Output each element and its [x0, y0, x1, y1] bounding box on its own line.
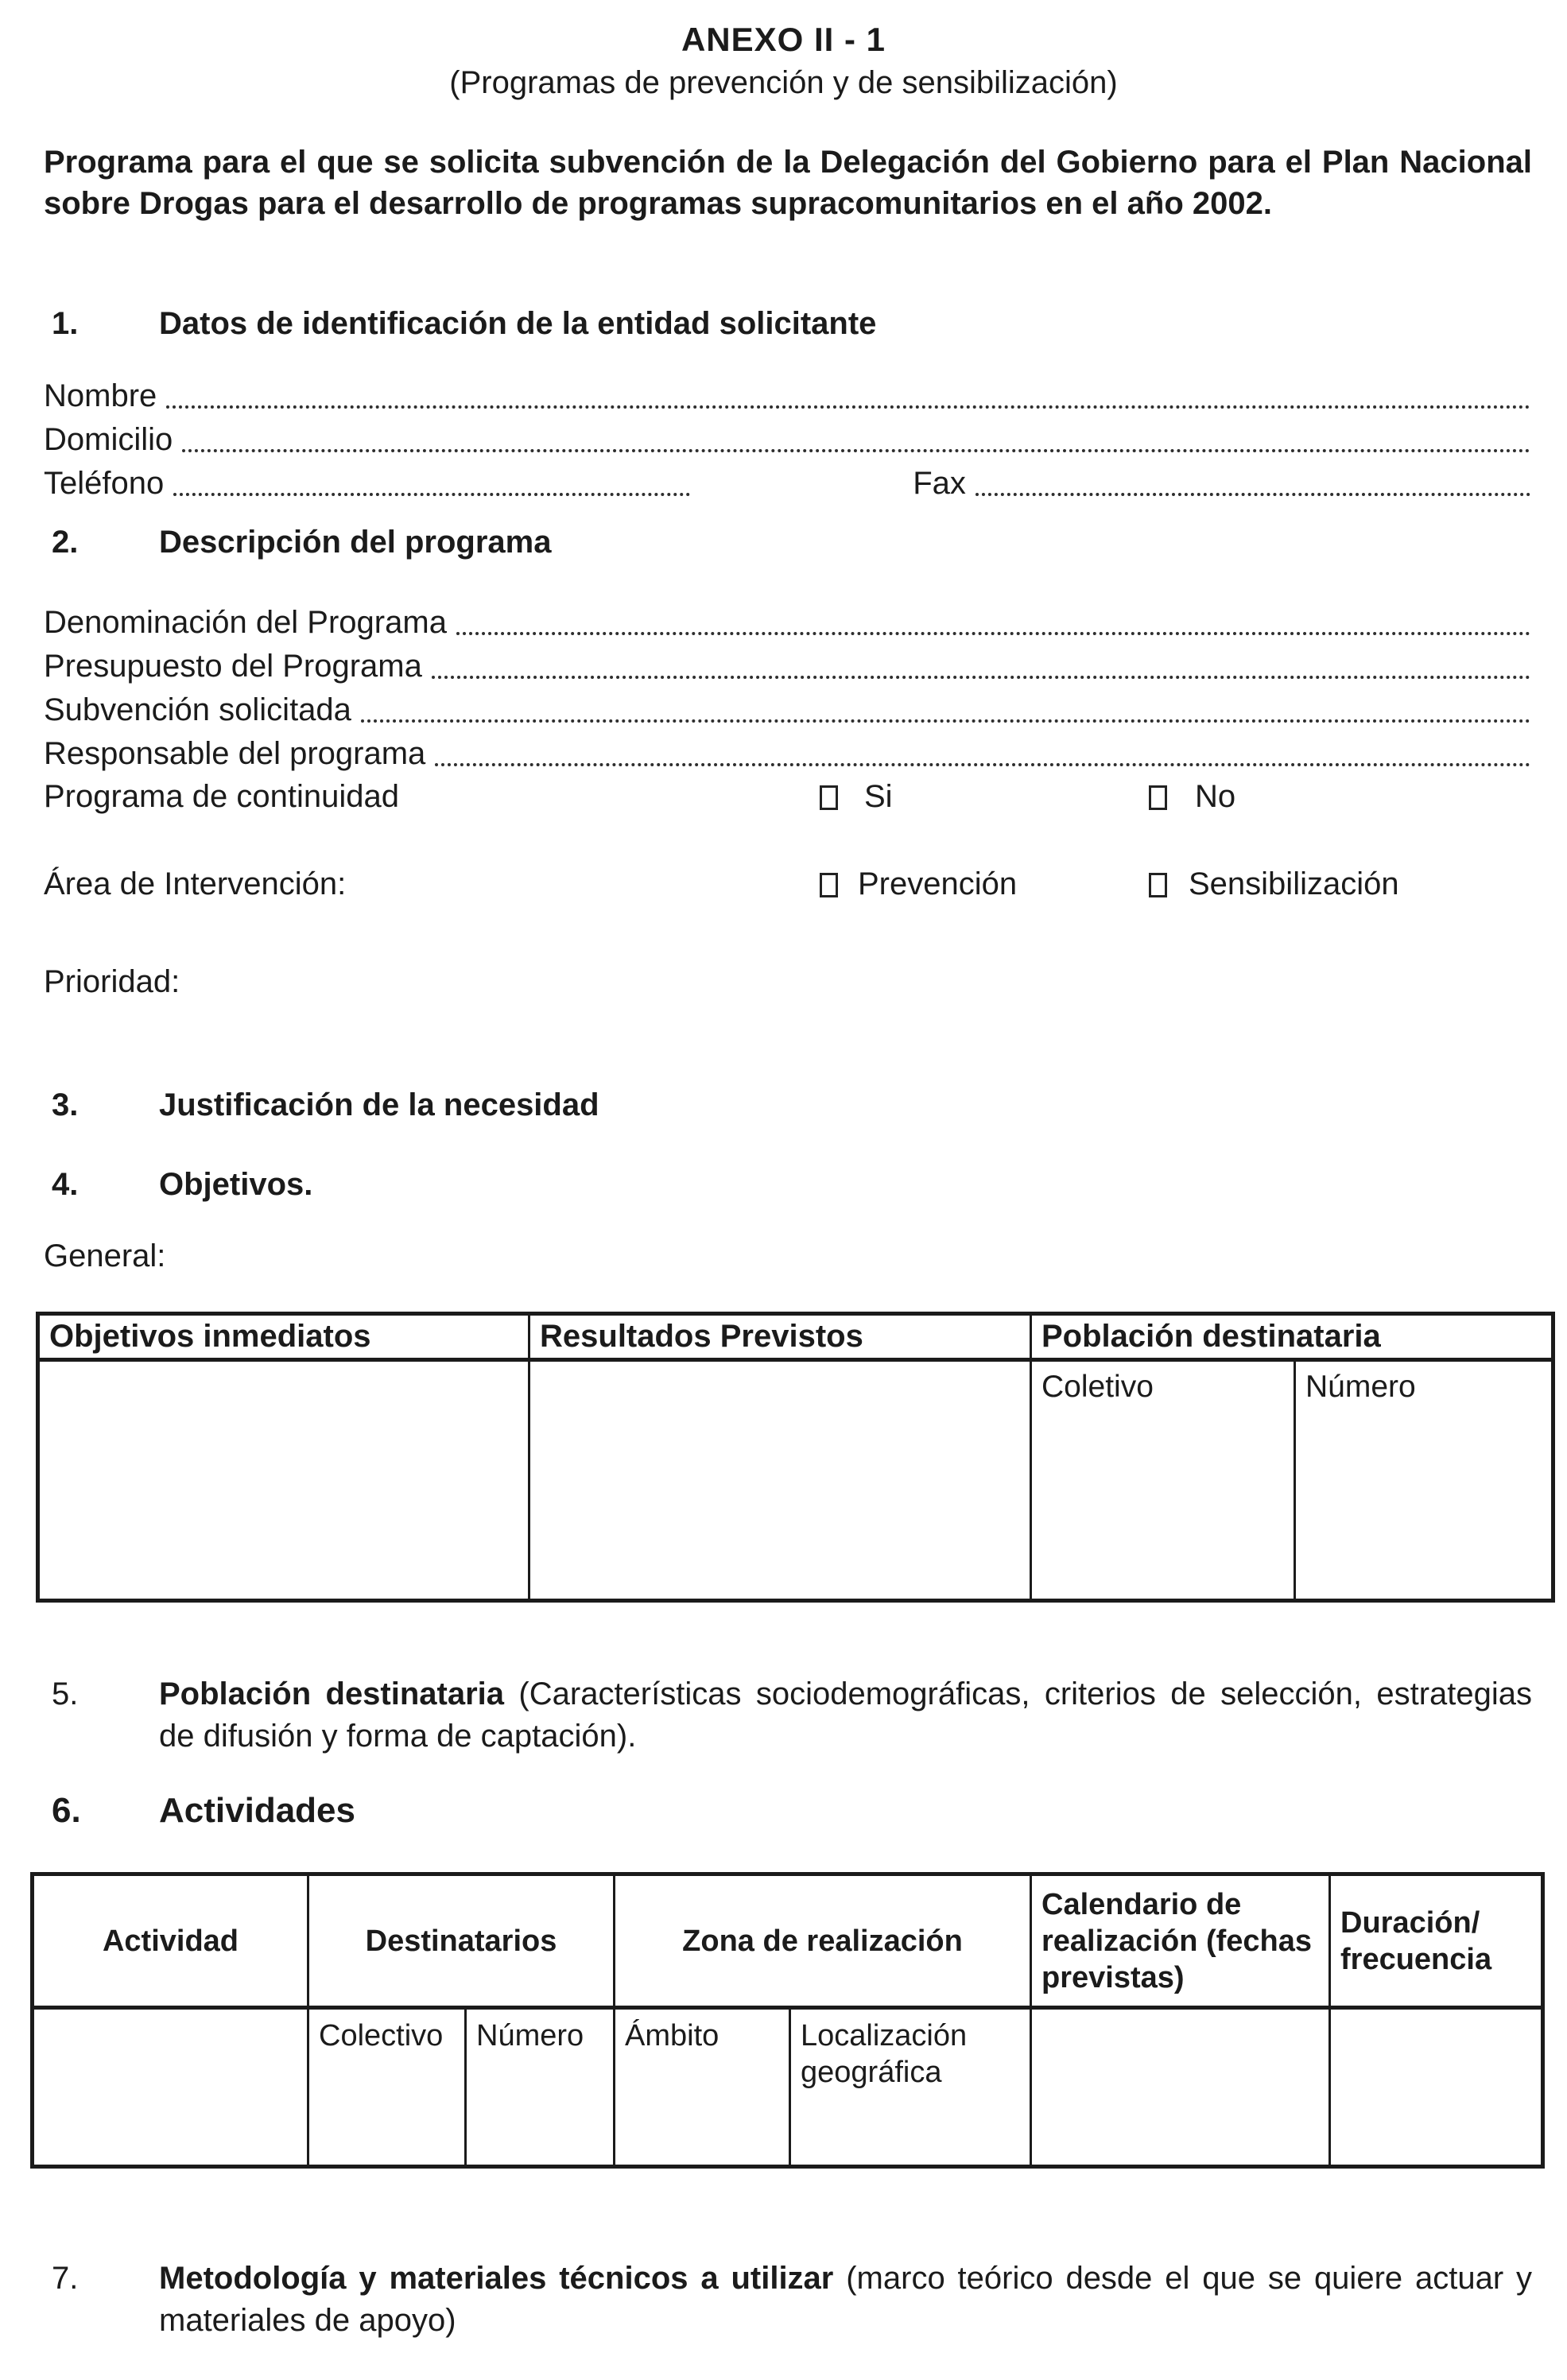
section-7-title: Metodología y materiales técnicos a util…: [159, 2261, 833, 2296]
section-2-heading: 2. Descripción del programa: [52, 525, 551, 560]
denominacion-label: Denominación del Programa: [44, 601, 447, 644]
numero-cell[interactable]: Número: [1295, 1360, 1553, 1601]
resultados-input-cell[interactable]: [529, 1360, 1031, 1601]
section-1-title: Datos de identificación de la entidad so…: [159, 306, 876, 342]
nombre-label: Nombre: [44, 374, 157, 417]
page: { "header": { "title": "ANEXO II - 1", "…: [0, 0, 1567, 2380]
section-4-heading: 4. Objetivos.: [52, 1167, 312, 1203]
section-5-number: 5.: [52, 1673, 159, 1758]
checkbox-si-label: Si: [864, 775, 893, 818]
prioridad-label: Prioridad:: [44, 964, 180, 1000]
calendario-input-cell[interactable]: [1031, 2008, 1330, 2167]
denominacion-fill-line[interactable]: [456, 632, 1530, 635]
domicilio-fill-line[interactable]: [182, 449, 1530, 452]
destinatarios-col-header: Destinatarios: [308, 1874, 615, 2008]
colectivo-cell[interactable]: Colectivo: [308, 2008, 466, 2167]
section-6-number: 6.: [52, 1791, 159, 1831]
checkbox-sensibilizacion-label: Sensibilización: [1189, 862, 1399, 905]
telefono-label: Teléfono: [44, 462, 164, 505]
checkbox-prevencion-label: Prevención: [858, 862, 1017, 905]
section-2-title: Descripción del programa: [159, 525, 551, 560]
intro-paragraph: Programa para el que se solicita subvenc…: [44, 141, 1532, 224]
actividad-input-cell[interactable]: [33, 2008, 308, 2167]
subvencion-fill-line[interactable]: [361, 719, 1530, 723]
objetivos-table: Objetivos inmediatos Resultados Previsto…: [36, 1312, 1555, 1603]
section-4-title: Objetivos.: [159, 1167, 312, 1203]
poblacion-col-header: Población destinataria: [1031, 1314, 1553, 1360]
section-7-heading: 7. Metodología y materiales técnicos a u…: [52, 2258, 1532, 2342]
section-6-heading: 6. Actividades: [52, 1791, 355, 1831]
area-intervencion-row: Área de Intervención: Prevención Sensibi…: [44, 862, 1532, 906]
program-fields: Denominación del Programa Presupuesto de…: [44, 600, 1532, 819]
section-5-heading: 5. Población destinataria (Característic…: [52, 1673, 1532, 1758]
actividad-col-header: Actividad: [33, 1874, 308, 2008]
continuidad-label: Programa de continuidad: [44, 775, 399, 818]
field-row-domicilio: Domicilio: [44, 417, 1532, 461]
checkbox-no[interactable]: [1149, 785, 1167, 810]
field-row-denominacion: Denominación del Programa: [44, 600, 1532, 644]
zona-col-header: Zona de realización: [615, 1874, 1031, 2008]
section-6-title: Actividades: [159, 1791, 355, 1831]
doc-title: ANEXO II - 1: [0, 21, 1567, 59]
fax-fill-line[interactable]: [975, 493, 1530, 496]
section-4-number: 4.: [52, 1167, 159, 1203]
nombre-fill-line[interactable]: [166, 405, 1530, 409]
section-1-heading: 1. Datos de identificación de la entidad…: [52, 306, 876, 342]
section-5-text: Población destinataria (Características …: [159, 1673, 1532, 1758]
domicilio-label: Domicilio: [44, 418, 173, 461]
responsable-label: Responsable del programa: [44, 732, 425, 775]
actividades-header-row: Actividad Destinatarios Zona de realizac…: [33, 1874, 1543, 2008]
field-row-nombre: Nombre: [44, 374, 1532, 417]
general-label: General:: [44, 1238, 165, 1274]
doc-subtitle: (Programas de prevención y de sensibiliz…: [0, 65, 1567, 101]
area-intervencion-label: Área de Intervención:: [44, 862, 346, 905]
presupuesto-fill-line[interactable]: [432, 676, 1530, 679]
localizacion-cell[interactable]: Localización geográfica: [790, 2008, 1031, 2167]
identification-fields: Nombre Domicilio Teléfono Fax: [44, 374, 1532, 505]
telefono-fill-line[interactable]: [173, 493, 690, 496]
field-row-presupuesto: Presupuesto del Programa: [44, 644, 1532, 688]
section-3-heading: 3. Justificación de la necesidad: [52, 1087, 599, 1123]
coletivo-cell[interactable]: Coletivo: [1031, 1360, 1295, 1601]
section-2-number: 2.: [52, 525, 159, 560]
section-7-number: 7.: [52, 2258, 159, 2342]
objetivos-input-cell[interactable]: [38, 1360, 529, 1601]
resultados-col-header: Resultados Previstos: [529, 1314, 1031, 1360]
field-row-telefono-fax: Teléfono Fax: [44, 461, 1532, 505]
ambito-cell[interactable]: Ámbito: [615, 2008, 790, 2167]
duracion-input-cell[interactable]: [1330, 2008, 1543, 2167]
section-3-number: 3.: [52, 1087, 159, 1123]
presupuesto-label: Presupuesto del Programa: [44, 645, 422, 688]
checkbox-si[interactable]: [820, 785, 838, 810]
checkbox-sensibilizacion[interactable]: [1149, 873, 1167, 897]
checkbox-no-label: No: [1195, 775, 1235, 818]
field-row-continuidad: Programa de continuidad Si No: [44, 775, 1532, 819]
section-7-text: Metodología y materiales técnicos a util…: [159, 2258, 1532, 2342]
actividades-table: Actividad Destinatarios Zona de realizac…: [30, 1872, 1545, 2169]
objetivos-header-row: Objetivos inmediatos Resultados Previsto…: [38, 1314, 1553, 1360]
responsable-fill-line[interactable]: [435, 763, 1530, 766]
section-5-title: Población destinataria: [159, 1676, 504, 1711]
actividades-body-row: Colectivo Número Ámbito Localización geo…: [33, 2008, 1543, 2167]
numero-cell-2[interactable]: Número: [466, 2008, 615, 2167]
calendario-col-header: Calendario de realización (fechas previs…: [1031, 1874, 1330, 2008]
checkbox-prevencion[interactable]: [820, 873, 838, 897]
objetivos-col-header: Objetivos inmediatos: [38, 1314, 529, 1360]
subvencion-label: Subvención solicitada: [44, 688, 351, 731]
duracion-col-header: Duración/ frecuencia: [1330, 1874, 1543, 2008]
objetivos-body-row: Coletivo Número: [38, 1360, 1553, 1601]
section-3-title: Justificación de la necesidad: [159, 1087, 599, 1123]
field-row-subvencion: Subvención solicitada: [44, 688, 1532, 731]
fax-label: Fax: [913, 462, 966, 505]
field-row-responsable: Responsable del programa: [44, 731, 1532, 775]
section-1-number: 1.: [52, 306, 159, 342]
